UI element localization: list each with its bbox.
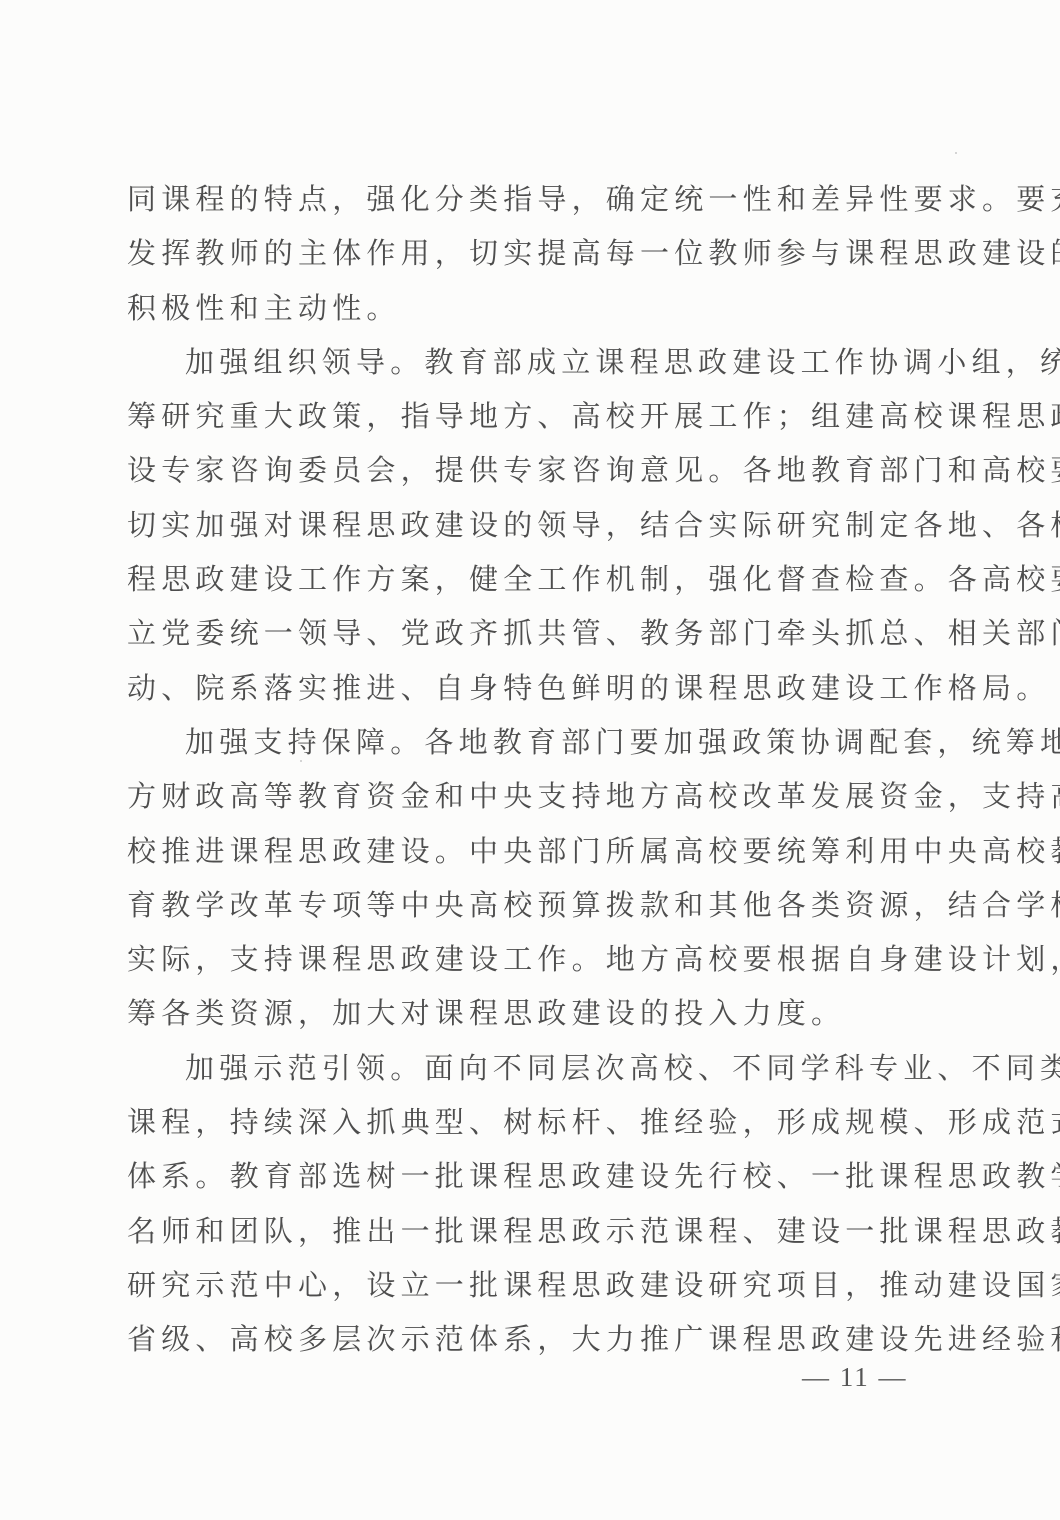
text-line: 筹研究重大政策，指导地方、高校开展工作；组建高校课程思政建 <box>127 389 923 443</box>
text-line: 积极性和主动性。 <box>127 281 923 335</box>
text-line: 设专家咨询委员会，提供专家咨询意见。各地教育部门和高校要 <box>127 443 923 497</box>
text-line: 体系。教育部选树一批课程思政建设先行校、一批课程思政教学 <box>127 1149 923 1203</box>
text-line: 实际，支持课程思政建设工作。地方高校要根据自身建设计划，统 <box>127 932 923 986</box>
text-line-content: 加强支持保障。各地教育部门要加强政策协调配套，统筹地 <box>185 715 923 769</box>
paragraph-heading-line: 加强示范引领。面向不同层次高校、不同学科专业、不同类型 <box>127 1041 923 1095</box>
scan-speck <box>955 152 957 154</box>
text-line-content: 立党委统一领导、党政齐抓共管、教务部门牵头抓总、相关部门联 <box>127 606 923 660</box>
text-line-content: 实际，支持课程思政建设工作。地方高校要根据自身建设计划，统 <box>127 932 923 986</box>
text-line: 程思政建设工作方案，健全工作机制，强化督查检查。各高校要建 <box>127 552 923 606</box>
text-line-content: 同课程的特点，强化分类指导，确定统一性和差异性要求。要充分 <box>127 172 923 226</box>
text-line: 动、院系落实推进、自身特色鲜明的课程思政建设工作格局。 <box>127 661 923 715</box>
page-number: — 11 — <box>802 1362 908 1393</box>
text-line: 筹各类资源，加大对课程思政建设的投入力度。 <box>127 986 923 1040</box>
text-line: 发挥教师的主体作用，切实提高每一位教师参与课程思政建设的 <box>127 226 923 280</box>
text-line-content: 积极性和主动性。 <box>127 281 923 335</box>
text-line-content: 筹研究重大政策，指导地方、高校开展工作；组建高校课程思政建 <box>127 389 923 443</box>
text-line: 研究示范中心，设立一批课程思政建设研究项目，推动建设国家、 <box>127 1258 923 1312</box>
text-line: 课程，持续深入抓典型、树标杆、推经验，形成规模、形成范式、形成 <box>127 1095 923 1149</box>
text-line: 省级、高校多层次示范体系，大力推广课程思政建设先进经验和做 <box>127 1312 923 1366</box>
text-line-content: 动、院系落实推进、自身特色鲜明的课程思政建设工作格局。 <box>127 661 923 715</box>
text-line-content: 程思政建设工作方案，健全工作机制，强化督查检查。各高校要建 <box>127 552 923 606</box>
text-line-content: 加强组织领导。教育部成立课程思政建设工作协调小组，统 <box>185 335 923 389</box>
text-line-content: 校推进课程思政建设。中央部门所属高校要统筹利用中央高校教 <box>127 824 923 878</box>
text-line-content: 体系。教育部选树一批课程思政建设先行校、一批课程思政教学 <box>127 1149 923 1203</box>
scan-speck <box>300 760 302 762</box>
paragraph-heading-line: 加强支持保障。各地教育部门要加强政策协调配套，统筹地 <box>127 715 923 769</box>
text-line: 切实加强对课程思政建设的领导，结合实际研究制定各地、各校课 <box>127 498 923 552</box>
text-line: 方财政高等教育资金和中央支持地方高校改革发展资金，支持高 <box>127 769 923 823</box>
text-line-content: 省级、高校多层次示范体系，大力推广课程思政建设先进经验和做 <box>127 1312 923 1366</box>
text-line-content: 研究示范中心，设立一批课程思政建设研究项目，推动建设国家、 <box>127 1258 923 1312</box>
text-line-content: 设专家咨询委员会，提供专家咨询意见。各地教育部门和高校要 <box>127 443 923 497</box>
text-line-content: 筹各类资源，加大对课程思政建设的投入力度。 <box>127 986 923 1040</box>
text-line: 育教学改革专项等中央高校预算拨款和其他各类资源，结合学校 <box>127 878 923 932</box>
text-line-content: 名师和团队，推出一批课程思政示范课程、建设一批课程思政教学 <box>127 1204 923 1258</box>
text-line: 同课程的特点，强化分类指导，确定统一性和差异性要求。要充分 <box>127 172 923 226</box>
text-line-content: 课程，持续深入抓典型、树标杆、推经验，形成规模、形成范式、形成 <box>127 1095 923 1149</box>
text-line-content: 加强示范引领。面向不同层次高校、不同学科专业、不同类型 <box>185 1041 923 1095</box>
text-line-content: 发挥教师的主体作用，切实提高每一位教师参与课程思政建设的 <box>127 226 923 280</box>
text-line-content: 育教学改革专项等中央高校预算拨款和其他各类资源，结合学校 <box>127 878 923 932</box>
document-page: 同课程的特点，强化分类指导，确定统一性和差异性要求。要充分 发挥教师的主体作用，… <box>0 0 1060 1520</box>
text-line-content: 方财政高等教育资金和中央支持地方高校改革发展资金，支持高 <box>127 769 923 823</box>
body-text: 同课程的特点，强化分类指导，确定统一性和差异性要求。要充分 发挥教师的主体作用，… <box>127 172 923 1367</box>
text-line: 名师和团队，推出一批课程思政示范课程、建设一批课程思政教学 <box>127 1204 923 1258</box>
text-line: 校推进课程思政建设。中央部门所属高校要统筹利用中央高校教 <box>127 824 923 878</box>
paragraph-heading-line: 加强组织领导。教育部成立课程思政建设工作协调小组，统 <box>127 335 923 389</box>
text-line: 立党委统一领导、党政齐抓共管、教务部门牵头抓总、相关部门联 <box>127 606 923 660</box>
text-line-content: 切实加强对课程思政建设的领导，结合实际研究制定各地、各校课 <box>127 498 923 552</box>
